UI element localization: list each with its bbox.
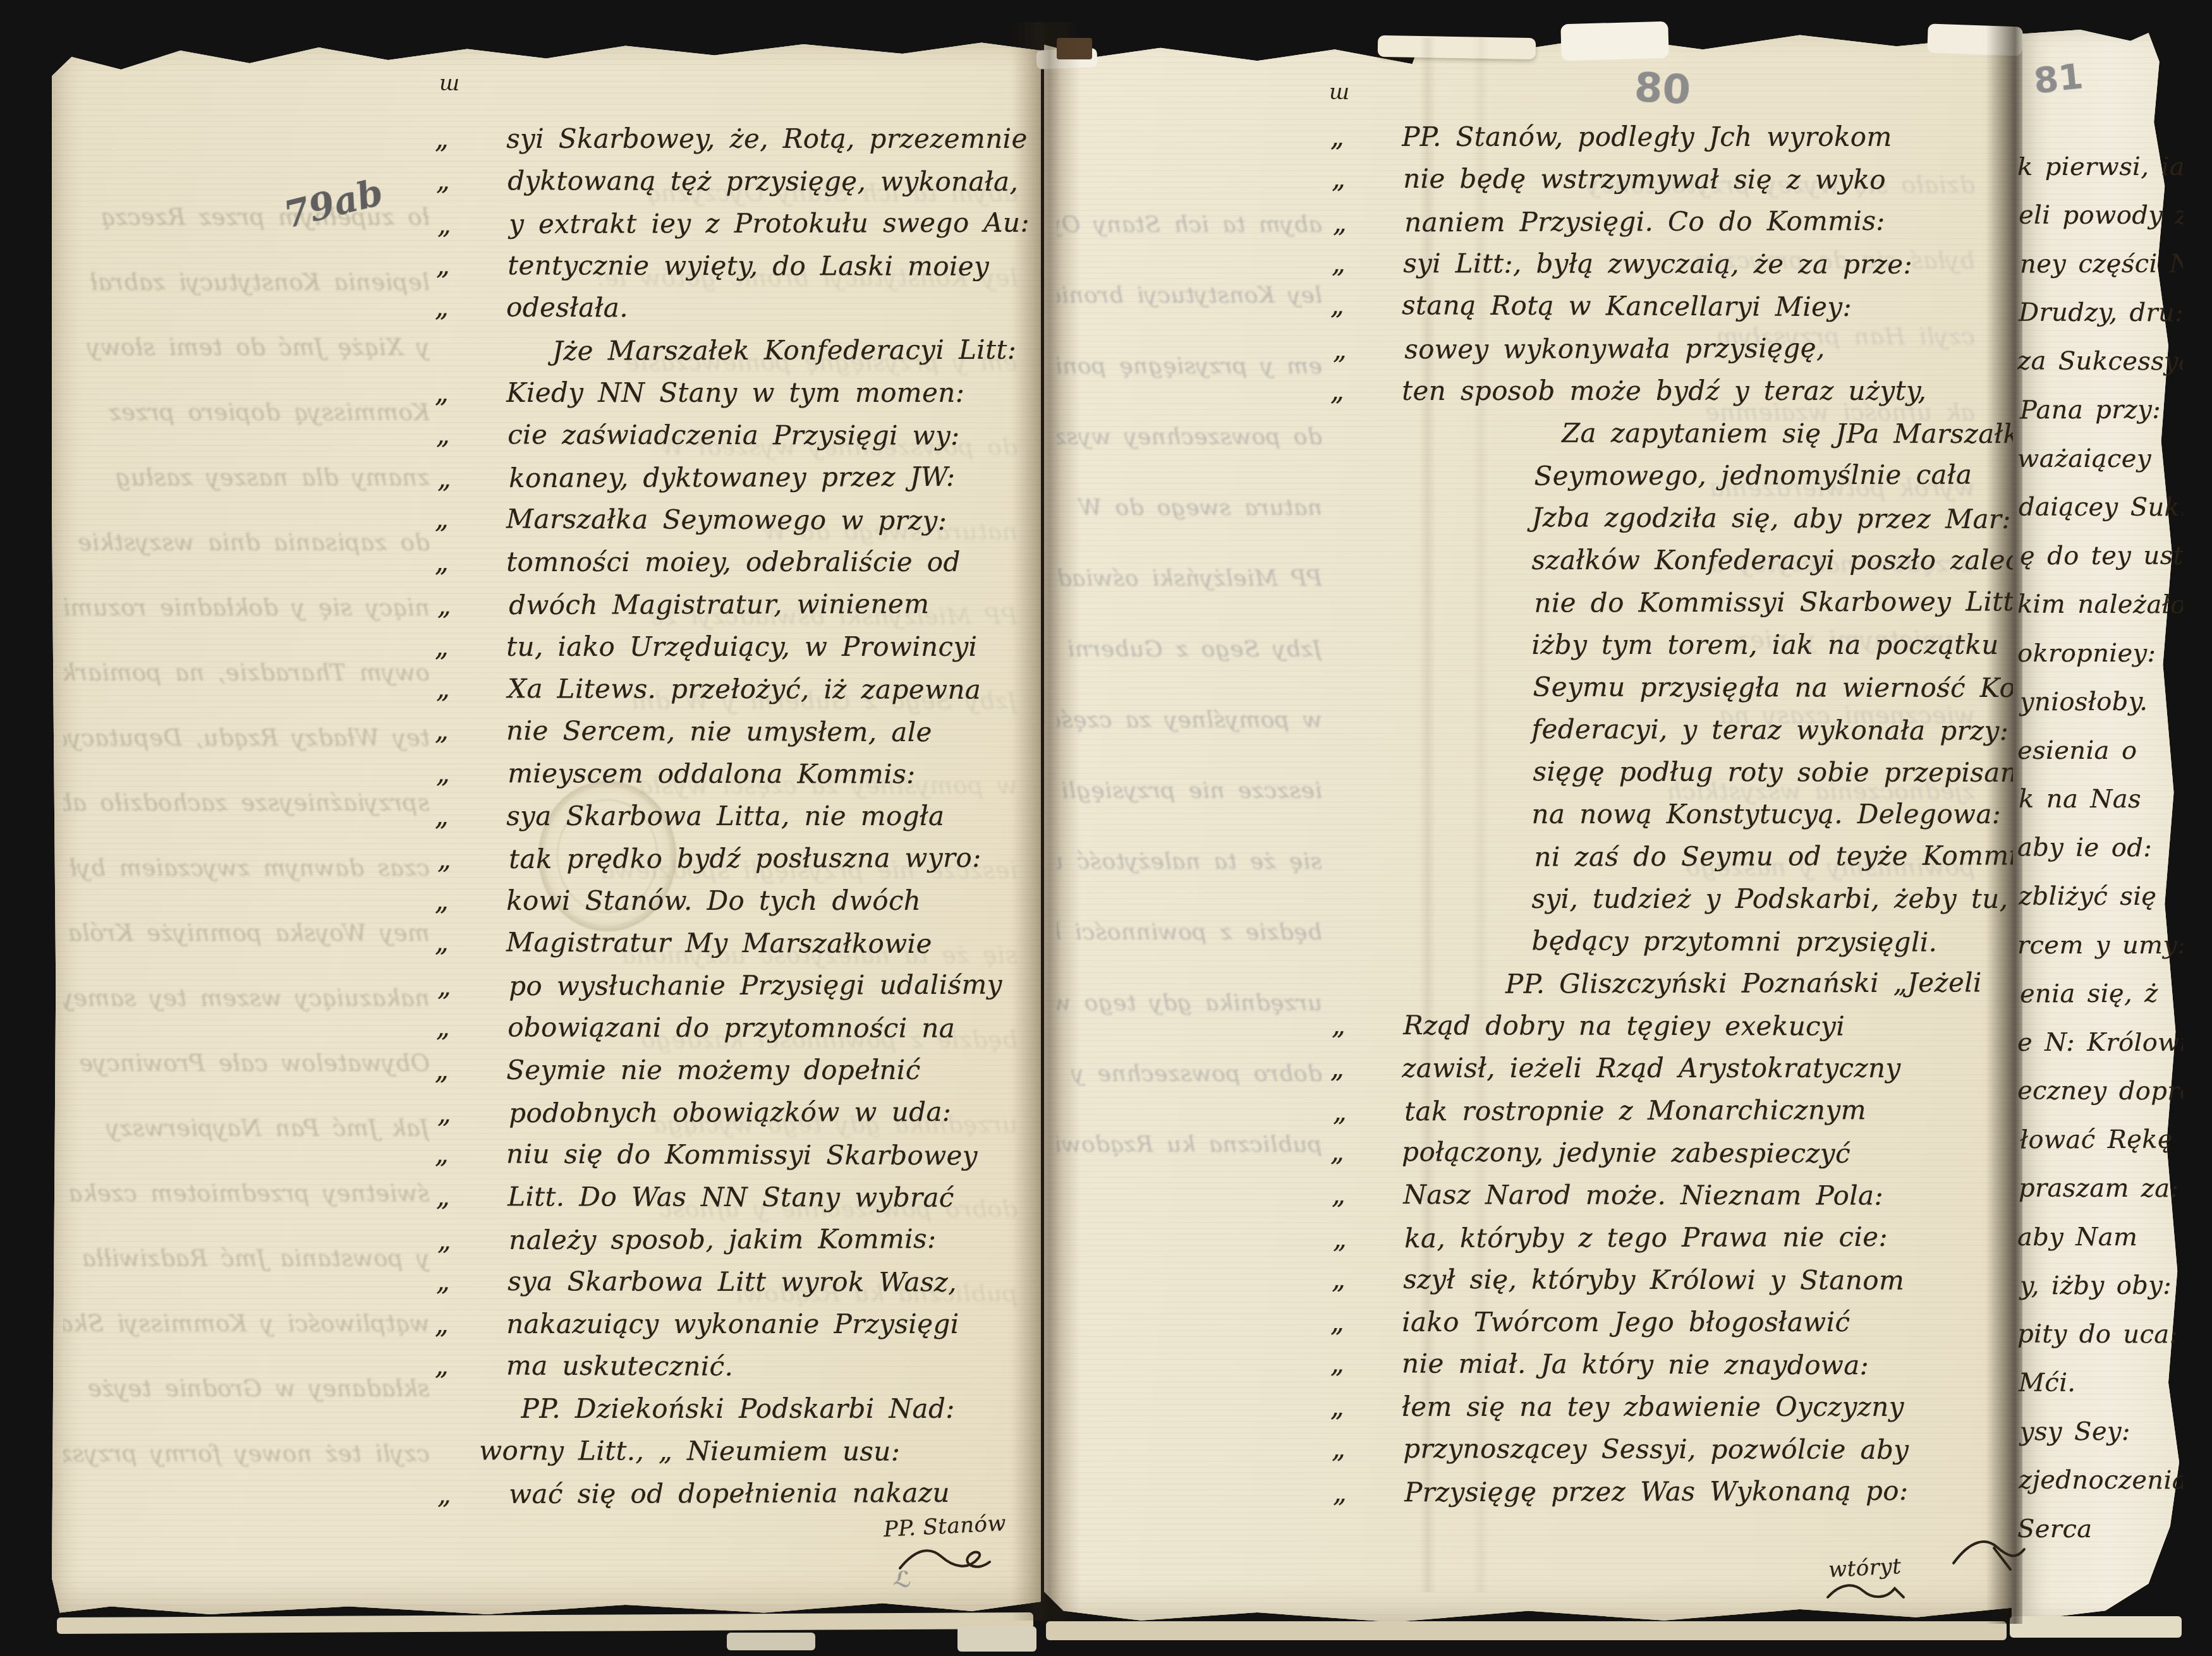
manuscript-line-fragment: praszam za: xyxy=(2019,1164,2183,1214)
pencil-page-number-81: 81 xyxy=(2032,56,2085,102)
manuscript-line-fragment: okropniey: xyxy=(2017,629,2183,678)
manuscript-line: Jże Marszałek Konfederacyi Litt: xyxy=(437,329,1032,373)
paper-scrap xyxy=(1560,21,1668,61)
manuscript-line: Seymu przysięgła na wierność Kon: xyxy=(1332,665,2013,709)
manuscript-line: PP. Dziekoński Podskarbi Nad: xyxy=(435,1387,1032,1430)
manuscript-line-fragment: enia się, ż xyxy=(2020,970,2183,1019)
right-page-text: „ PP. Stanów, podległy Jch wyrokom„ nie … xyxy=(1330,116,2013,1531)
manuscript-line: „ Marszałka Seymowego w przy: xyxy=(435,497,1032,542)
paper-scrap xyxy=(1927,23,2023,56)
manuscript-line: „ tak rostropnie z Monarchicznym xyxy=(1333,1088,2013,1132)
manuscript-line: „ obowiązani do przytomności na xyxy=(436,1006,1032,1049)
manuscript-line: „ mieyscem oddalona Kommis: xyxy=(436,752,1032,795)
manuscript-line-fragment: esienia o xyxy=(2017,727,2183,775)
manuscript-line-fragment: łować Rękę xyxy=(2020,1116,2183,1165)
manuscript-line: „ niu się do Kommissyi Skarbowey xyxy=(435,1132,1032,1177)
manuscript-line: „ po wysłuchanie Przysięgi udaliśmy xyxy=(437,964,1032,1008)
manuscript-line-fragment: y, iżby oby: xyxy=(2020,1262,2183,1311)
paper-scrap xyxy=(1378,35,1536,59)
manuscript-line: będący przytomni przysięgli. xyxy=(1330,919,2013,964)
manuscript-line-fragment: aby Nam xyxy=(2017,1213,2183,1262)
manuscript-line-fragment: rcem y umy: xyxy=(2017,921,2183,970)
manuscript-line: „ Nasz Narod może. Nieznam Pola: xyxy=(1332,1173,2013,1217)
manuscript-line: nie do Kommissyi Skarbowey Litt. xyxy=(1333,580,2013,624)
manuscript-line: sięgę podług roty sobie przepisaney xyxy=(1332,750,2013,794)
manuscript-line-fragment: Pana przy: xyxy=(2020,386,2183,435)
page-stack-edge xyxy=(1046,1621,2007,1640)
manuscript-line: „ przynoszącey Sessyi, pozwólcie aby xyxy=(1332,1427,2013,1471)
manuscript-line-fragment: Serca xyxy=(2017,1505,2183,1539)
manuscript-line: „ połączony, jedynie zabespieczyć xyxy=(1330,1130,2013,1175)
manuscript-line: „ y extrakt iey z Protokułu swego Au: xyxy=(437,202,1032,246)
manuscript-line: „ sowey wykonywała przysięgę, xyxy=(1333,326,2013,370)
manuscript-line-fragment: ważaiącey xyxy=(2017,435,2183,483)
quire-mark-right: ш xyxy=(1329,80,1349,105)
manuscript-line: „ Xa Litews. przełożyć, iż zapewna xyxy=(436,667,1032,711)
manuscript-line-fragment: ysy Sey: xyxy=(2020,1408,2183,1457)
binding-fragment xyxy=(1057,38,1092,59)
manuscript-line: „ ka, któryby z tego Prawa nie cie: xyxy=(1333,1215,2013,1259)
manuscript-line-fragment: aby ie od: xyxy=(2017,823,2183,873)
manuscript-line-fragment: Drudzy, dru: xyxy=(2019,289,2183,338)
manuscript-line-fragment: yniosłoby. xyxy=(2020,678,2183,727)
manuscript-line: „ sya Skarbowa Litt wyrok Wasz, xyxy=(436,1260,1032,1303)
manuscript-line-fragment: ę do tey usta: xyxy=(2020,532,2183,581)
manuscript-line: ni zaś do Seymu od teyże Kommis: xyxy=(1333,834,2013,878)
manuscript-line: „ tu, iako Urzęduiący, w Prowincyi xyxy=(435,626,1032,668)
manuscript-line: „ staną Rotą w Kancellaryi Miey: xyxy=(1330,284,2013,329)
manuscript-line: „ zawisł, ieżeli Rząd Arystokratyczny xyxy=(1330,1047,2013,1089)
manuscript-line: „ sya Skarbowa Litta, nie mogła xyxy=(435,795,1032,837)
manuscript-line-fragment: zjednoczenia xyxy=(2019,1456,2183,1506)
manuscript-line-fragment: daiącey Suk: xyxy=(2019,483,2183,533)
manuscript-line-fragment: eli powody z xyxy=(2019,191,2183,241)
manuscript-line: „ Rząd dobry na tęgiey exekucyi xyxy=(1332,1004,2013,1048)
manuscript-line-fragment: pity do uca: xyxy=(2017,1310,2183,1359)
manuscript-line: „ iako Twórcom Jego błogosławić xyxy=(1330,1301,2013,1343)
manuscript-line-fragment: eczney dopro: xyxy=(2017,1067,2183,1116)
manuscript-line: „ nakazuiący wykonanie Przysięgi xyxy=(435,1303,1032,1345)
manuscript-line: „ Kiedy NN Stany w tym momen: xyxy=(435,372,1032,414)
manuscript-line-fragment: ney części Na: xyxy=(2020,240,2183,289)
manuscript-line: „ należy sposob, jakim Kommis: xyxy=(437,1218,1032,1262)
pencil-mark: ℒ xyxy=(892,1566,913,1593)
edge-page-flourish xyxy=(1950,1535,2032,1573)
manuscript-line: „ konaney, dyktowaney przez JW: xyxy=(437,456,1032,500)
manuscript-line: „ nie miał. Ja który nie znaydowa: xyxy=(1330,1342,2013,1387)
manuscript-line: „ tak prędko bydź posłuszna wyro: xyxy=(437,837,1032,881)
manuscript-line-fragment: za Sukcessyą, xyxy=(2017,337,2183,386)
manuscript-line: iżby tym torem, iak na początku xyxy=(1330,624,2013,666)
manuscript-line: worny Litt., „ Nieumiem usu: xyxy=(436,1429,1032,1473)
manuscript-line: „ odesłała. xyxy=(435,286,1032,330)
manuscript-line: „ nie będę wstrzymywał się z wyko xyxy=(1332,157,2013,201)
manuscript-line: Za zapytaniem się JPa Marszałka xyxy=(1332,411,2013,455)
manuscript-line: „ ma uskutecznić. xyxy=(435,1344,1032,1389)
manuscript-line: syi, tudzież y Podskarbi, żeby tu, iako xyxy=(1330,878,2013,920)
manuscript-line-fragment: k pierwsi, iako xyxy=(2017,143,2183,191)
page-stack-edge xyxy=(57,1612,1033,1634)
manuscript-line: „ Seymie nie możemy dopełnić xyxy=(435,1049,1032,1091)
manuscript-line: „ ten sposob może bydź y teraz użyty, xyxy=(1330,370,2013,412)
manuscript-line: „ Magistratur My Marszałkowie xyxy=(435,921,1032,965)
manuscript-line: szałków Konfederacyi poszło zalece: xyxy=(1330,539,2013,581)
manuscript-line: „ tomności moiey, odebraliście od xyxy=(435,541,1032,583)
manuscript-line: Seymowego, jednomyślnie cała xyxy=(1333,453,2013,497)
manuscript-line: „ Przysięgę przez Was Wykonaną po: xyxy=(1333,1469,2013,1513)
manuscript-line-fragment: e N: Królowi xyxy=(2017,1018,2183,1067)
manuscript-line: na nową Konstytucyą. Delegowa: xyxy=(1330,793,2013,835)
page-stack-edge xyxy=(2010,1616,2182,1638)
manuscript-line-fragment: Mći. xyxy=(2019,1359,2183,1408)
manuscript-line: „ tentycznie wyięty, do Laski moiey xyxy=(436,244,1032,287)
manuscript-photo: ło zupełnym przez Rzecząlepienia Konstyt… xyxy=(0,0,2212,1656)
manuscript-line: „ syi Skarbowey, że, Rotą, przezemnie xyxy=(435,118,1032,160)
manuscript-line: „ naniem Przysięgi. Co do Kommis: xyxy=(1333,199,2013,243)
manuscript-line: PP. Gliszczyński Poznański „Jeżeli xyxy=(1333,961,2013,1005)
paper-scrap xyxy=(957,1626,1036,1652)
manuscript-line: federacyi, y teraz wykonała przy: xyxy=(1330,707,2013,752)
manuscript-line: „ dyktowaną tęż przysięgę, wykonała, xyxy=(436,159,1032,203)
manuscript-line: Jzba zgodziła się, aby przez Mar: xyxy=(1330,495,2013,540)
manuscript-line: „ kowi Stanów. Do tych dwóch xyxy=(435,879,1032,922)
manuscript-line: „ PP. Stanów, podległy Jch wyrokom xyxy=(1330,116,2013,158)
manuscript-line: „ nie Sercem, nie umysłem, ale xyxy=(435,709,1032,754)
manuscript-line: „ łem się na tey zbawienie Oyczyzny xyxy=(1330,1386,2013,1428)
manuscript-line: „ syi Litt:, byłą zwyczaią, że za prze: xyxy=(1332,242,2013,286)
pencil-page-number-80: 80 xyxy=(1633,64,1692,114)
manuscript-line-fragment: zbliżyć się xyxy=(2019,873,2183,922)
manuscript-line: „ dwóch Magistratur, winienem xyxy=(437,583,1032,627)
manuscript-line-fragment: k na Nas xyxy=(2019,775,2183,825)
manuscript-line: „ wać się od dopełnienia nakazu xyxy=(437,1472,1032,1516)
manuscript-line: „ Litt. Do Was NN Stany wybrać xyxy=(436,1175,1032,1219)
manuscript-line: „ szył się, któryby Królowi y Stanom xyxy=(1332,1258,2013,1302)
manuscript-line-fragment: kim należało xyxy=(2017,580,2183,629)
quire-mark-left: ш xyxy=(439,71,459,96)
catchword-flourish xyxy=(1825,1578,1907,1606)
paper-scrap xyxy=(727,1633,815,1650)
left-page-text: „ syi Skarbowey, że, Rotą, przezemnie„ d… xyxy=(435,118,1032,1526)
manuscript-line: „ podobnych obowiązków w uda: xyxy=(437,1091,1032,1135)
manuscript-line: „ cie zaświadczenia Przysięgi wy: xyxy=(436,413,1032,457)
edge-page-text-fragments: k pierwsi, iakoeli powody zney części Na… xyxy=(2017,143,2183,1539)
